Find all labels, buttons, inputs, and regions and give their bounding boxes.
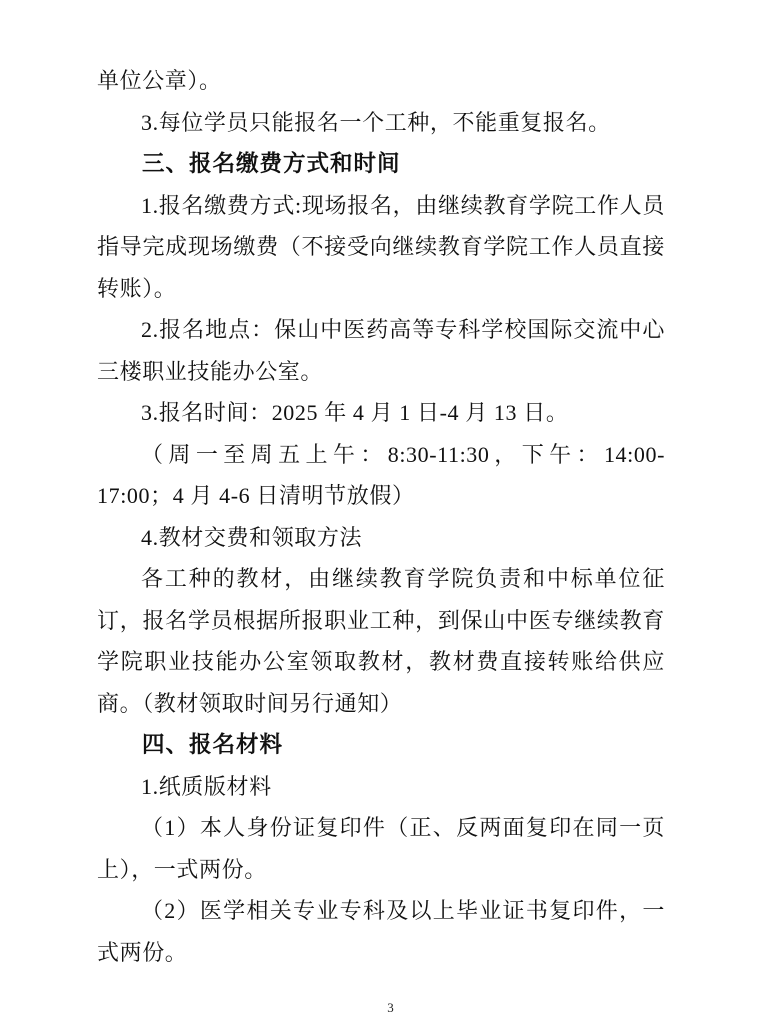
paragraph: 2.报名地点：保山中医药高等专科学校国际交流中心三楼职业技能办公室。	[97, 309, 665, 392]
page-number: 3	[0, 1000, 781, 1016]
paragraph: （1）本人身份证复印件（正、反两面复印在同一页上），一式两份。	[97, 807, 665, 890]
paragraph: （2）医学相关专业专科及以上毕业证书复印件，一式两份。	[97, 890, 665, 973]
section-heading: 四、报名材料	[97, 724, 665, 766]
paragraph: （周一至周五上午：8:30-11:30，下午：14:00-17:00；4 月 4…	[97, 434, 665, 517]
paragraph: 1.报名缴费方式:现场报名，由继续教育学院工作人员指导完成现场缴费（不接受向继续…	[97, 185, 665, 310]
section-heading: 三、报名缴费方式和时间	[97, 143, 665, 185]
paragraph: 3.报名时间：2025 年 4 月 1 日-4 月 13 日。	[97, 392, 665, 434]
paragraph: 4.教材交费和领取方法	[97, 517, 665, 559]
document-body: 单位公章）。3.每位学员只能报名一个工种，不能重复报名。三、报名缴费方式和时间1…	[97, 60, 665, 973]
paragraph: 单位公章）。	[97, 60, 665, 102]
paragraph: 1.纸质版材料	[97, 766, 665, 808]
paragraph: 3.每位学员只能报名一个工种，不能重复报名。	[97, 102, 665, 144]
paragraph: 各工种的教材，由继续教育学院负责和中标单位征订，报名学员根据所报职业工种，到保山…	[97, 558, 665, 724]
document-page: 单位公章）。3.每位学员只能报名一个工种，不能重复报名。三、报名缴费方式和时间1…	[0, 0, 781, 1018]
